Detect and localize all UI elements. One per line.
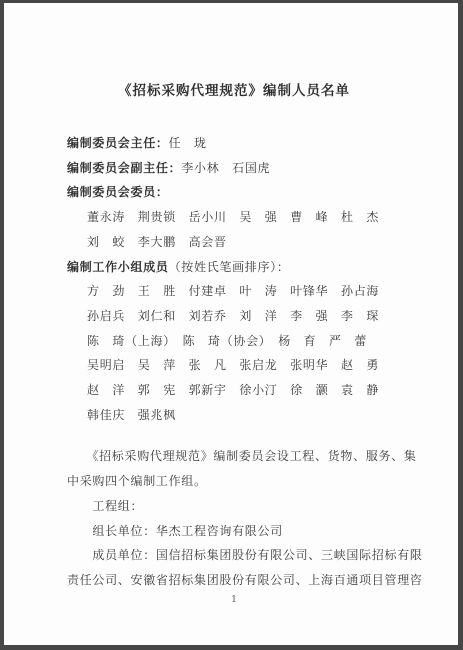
- committee-members-row: 刘 蛟 李大鹏 高会晋: [67, 230, 401, 255]
- document-page: 《招标采购代理规范》编制人员名单 编制委员会主任：任 珑 编制委员会副主任：李小…: [4, 3, 458, 645]
- workgroup-label-note: （按姓氏笔画排序）：: [169, 260, 290, 274]
- paragraph-line: 成员单位：国信招标集团股份有限公司、三峡国际招标有限: [67, 543, 401, 568]
- workgroup-label: 编制工作小组成员: [67, 260, 169, 274]
- workgroup-members-row: 方 劲 王 胜 付建卓 叶 涛 叶锋华 孙占海: [67, 279, 401, 304]
- chair-names: 任 珑: [169, 136, 207, 150]
- paragraph-line: 工程组：: [67, 494, 401, 519]
- workgroup-members-row: 韩佳庆 强兆枫: [67, 403, 401, 428]
- paragraph-line: 《招标采购代理规范》编制委员会设工程、货物、服务、集: [67, 444, 401, 469]
- page-content: 《招标采购代理规范》编制人员名单 编制委员会主任：任 珑 编制委员会副主任：李小…: [67, 3, 401, 645]
- workgroup-heading: 编制工作小组成员（按姓氏笔画排序）：: [67, 255, 401, 280]
- chair-label: 编制委员会主任：: [67, 136, 169, 150]
- committee-members-heading: 编制委员会委员：: [67, 180, 401, 205]
- paragraph-line: 中采购四个编制工作组。: [67, 469, 401, 494]
- paragraph-line: 组长单位：华杰工程咨询有限公司: [67, 519, 401, 544]
- paragraph-line: 责任公司、安徽省招标集团股份有限公司、上海百通项目管理咨: [67, 568, 401, 593]
- workgroup-members-row: 陈 琦（上海） 陈 琦（协会） 杨 育 严 蕾: [67, 329, 401, 354]
- committee-vice-chair-line: 编制委员会副主任：李小林 石国虎: [67, 156, 401, 181]
- document-title: 《招标采购代理规范》编制人员名单: [67, 81, 401, 101]
- committee-chair-line: 编制委员会主任：任 珑: [67, 131, 401, 156]
- committee-members-row: 董永涛 荆贵锁 岳小川 吴 强 曹 峰 杜 杰: [67, 205, 401, 230]
- committee-members-label: 编制委员会委员：: [67, 185, 169, 199]
- body-paragraphs: 《招标采购代理规范》编制委员会设工程、货物、服务、集 中采购四个编制工作组。 工…: [67, 444, 401, 592]
- page-number: 1: [67, 594, 401, 606]
- workgroup-members-row: 赵 洋 郭 宪 郭新宇 徐小汀 徐 灏 袁 静: [67, 378, 401, 403]
- vice-chair-label: 编制委员会副主任：: [67, 161, 181, 175]
- workgroup-members-row: 吴明启 吴 萍 张 凡 张启龙 张明华 赵 勇: [67, 353, 401, 378]
- vice-chair-names: 李小林 石国虎: [181, 161, 270, 175]
- workgroup-members-row: 孙启兵 刘仁和 刘若乔 刘 洋 李 强 李 琛: [67, 304, 401, 329]
